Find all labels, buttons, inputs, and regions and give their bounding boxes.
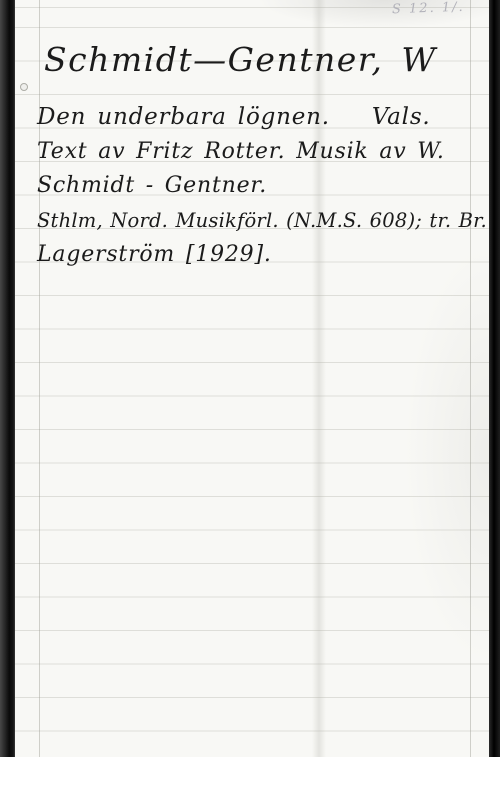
card-body-text: Den underbara lögnen.Vals. Text av Fritz… [37,100,482,273]
scan-right-black-edge [489,0,500,757]
pencil-shelfmark: S 12. 1/. [392,0,465,17]
printer-year-line: Lagerström [1929]. [37,238,482,273]
work-title-text: Den underbara lögnen. [37,104,330,130]
scanner-bed-bottom-strip [0,757,500,800]
scanned-catalog-card-page: S 12. 1/. Schmidt—Gentner, W Den underba… [0,0,500,800]
imprint-line: Sthlm, Nord. Musikförl. (N.M.S. 608); tr… [37,204,482,239]
genre-text: Vals. [372,104,431,130]
composer-continuation-line: Schmidt - Gentner. [37,169,482,204]
heading-author-name: Schmidt—Gentner, W [44,40,437,79]
scan-area: S 12. 1/. Schmidt—Gentner, W Den underba… [0,0,500,757]
credits-line: Text av Fritz Rotter. Musik av W. [37,135,482,170]
scan-left-black-edge [0,0,15,757]
punch-hole-mark [20,83,28,91]
catalog-card: S 12. 1/. Schmidt—Gentner, W Den underba… [15,0,489,757]
title-line: Den underbara lögnen.Vals. [37,100,482,135]
